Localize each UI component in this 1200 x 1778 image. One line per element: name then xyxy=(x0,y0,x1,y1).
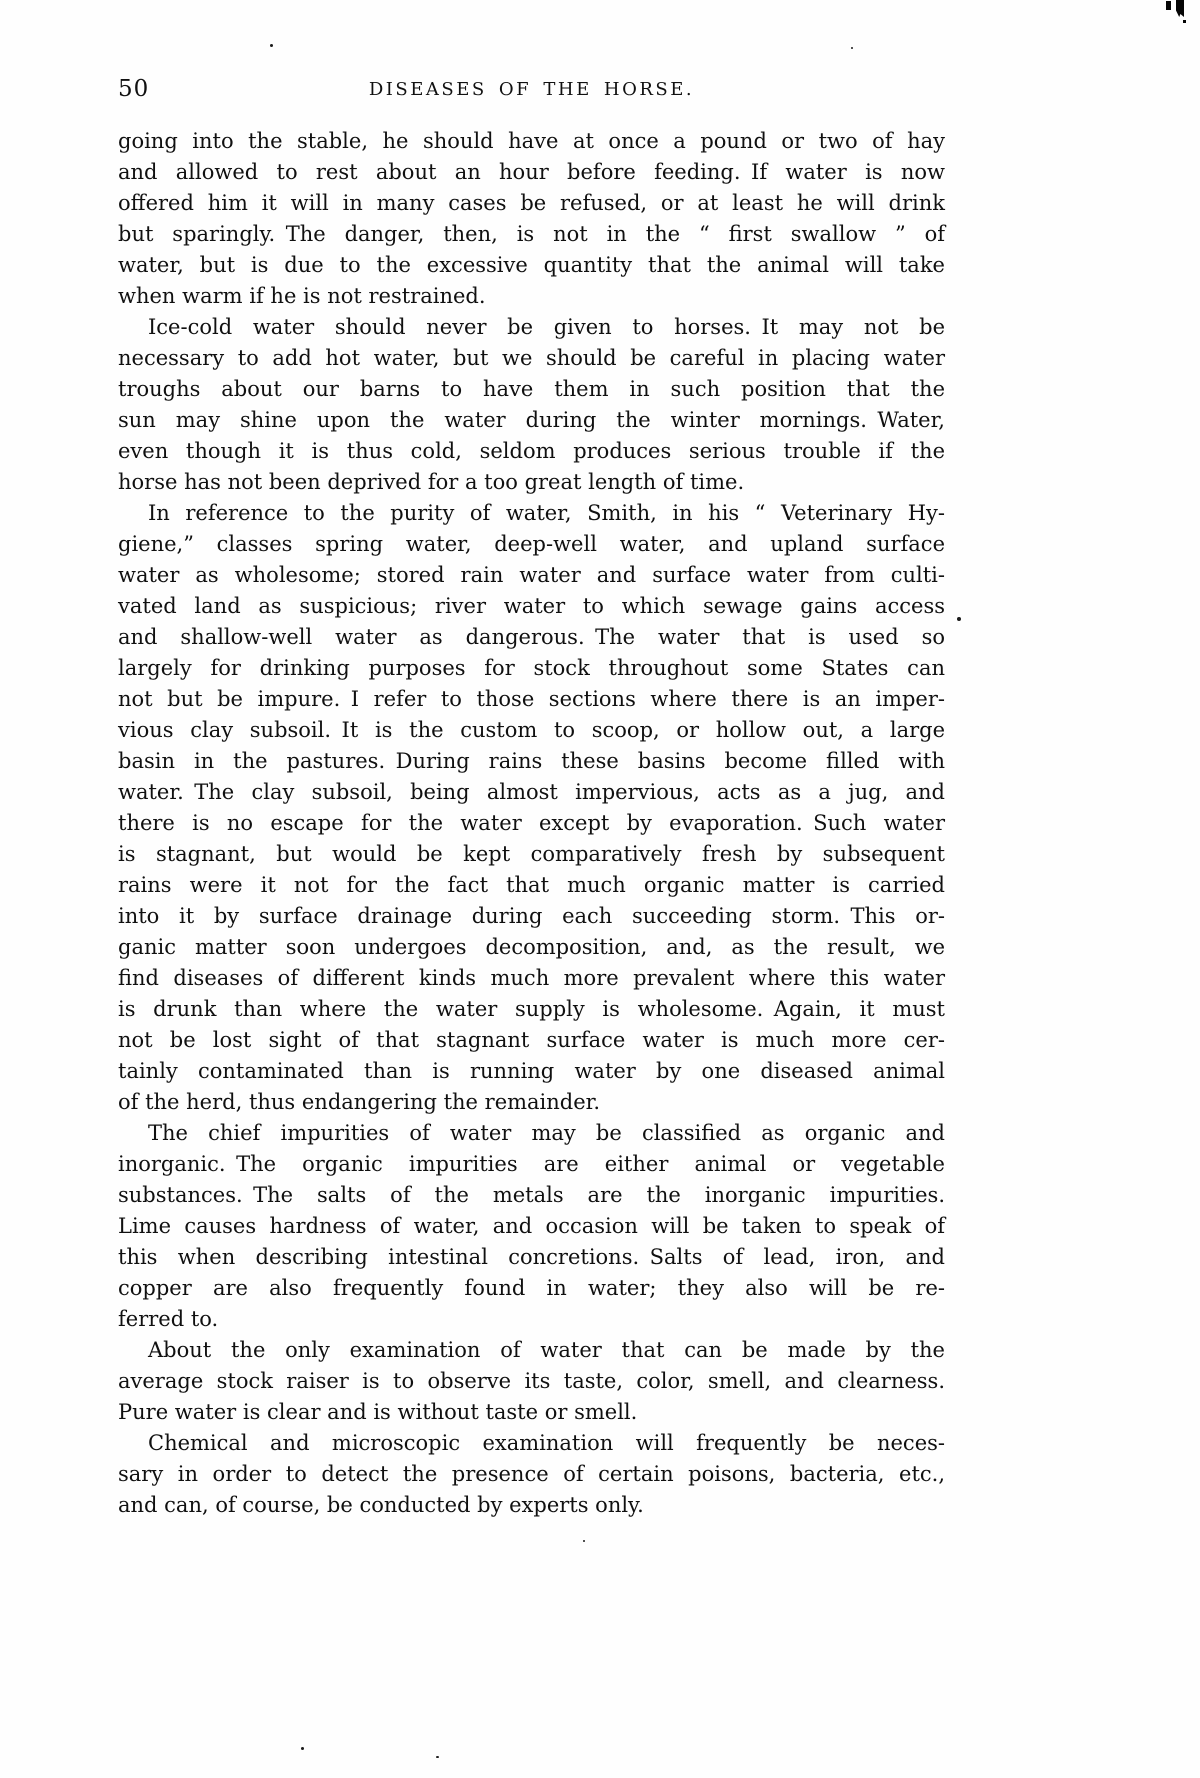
ink-speck xyxy=(436,1756,439,1758)
text-line: ferred to. xyxy=(118,1304,945,1335)
text-line: this when describing intestinal concreti… xyxy=(118,1242,945,1273)
text-line: necessary to add hot water, but we shoul… xyxy=(118,343,945,374)
text-line: average stock raiser is to observe its t… xyxy=(118,1366,945,1397)
text-line: is stagnant, but would be kept comparati… xyxy=(118,839,945,870)
text-line: tainly contaminated than is running wate… xyxy=(118,1056,945,1087)
text-line: there is no escape for the water except … xyxy=(118,808,945,839)
text-line: About the only examination of water that… xyxy=(118,1335,945,1366)
text-line: but sparingly. The danger, then, is not … xyxy=(118,219,945,250)
text-line: of the herd, thus endangering the remain… xyxy=(118,1087,945,1118)
paragraph: The chief impurities of water may be cla… xyxy=(118,1118,945,1335)
text-line: horse has not been deprived for a too gr… xyxy=(118,467,945,498)
text-line: is drunk than where the water supply is … xyxy=(118,994,945,1025)
text-line: largely for drinking purposes for stock … xyxy=(118,653,945,684)
text-line: not be lost sight of that stagnant surfa… xyxy=(118,1025,945,1056)
ink-speck xyxy=(270,44,273,47)
text-line: vated land as suspicious; river water to… xyxy=(118,591,945,622)
text-line: offered him it will in many cases be ref… xyxy=(118,188,945,219)
text-line: water, but is due to the excessive quant… xyxy=(118,250,945,281)
text-line: ganic matter soon undergoes decompositio… xyxy=(118,932,945,963)
text-line: substances. The salts of the metals are … xyxy=(118,1180,945,1211)
ink-speck xyxy=(851,47,853,49)
scan-artifact xyxy=(1183,20,1186,23)
ink-speck xyxy=(583,1540,585,1542)
text-line: Pure water is clear and is without taste… xyxy=(118,1397,945,1428)
text-line: Chemical and microscopic examination wil… xyxy=(118,1428,945,1459)
paragraph: Chemical and microscopic examination wil… xyxy=(118,1428,945,1521)
text-line: going into the stable, he should have at… xyxy=(118,126,945,157)
text-line: vious clay subsoil. It is the custom to … xyxy=(118,715,945,746)
text-line: basin in the pastures. During rains thes… xyxy=(118,746,945,777)
page-body: going into the stable, he should have at… xyxy=(118,126,945,1521)
text-line: into it by surface drainage during each … xyxy=(118,901,945,932)
book-page: 50 DISEASES OF THE HORSE. going into the… xyxy=(0,0,1200,1778)
text-line: when warm if he is not restrained. xyxy=(118,281,945,312)
text-line: not but be impure. I refer to those sect… xyxy=(118,684,945,715)
page-header: 50 DISEASES OF THE HORSE. xyxy=(118,76,945,108)
paragraph: Ice-cold water should never be given to … xyxy=(118,312,945,498)
text-line: and allowed to rest about an hour before… xyxy=(118,157,945,188)
paragraph: In reference to the purity of water, Smi… xyxy=(118,498,945,1118)
text-line: In reference to the purity of water, Smi… xyxy=(118,498,945,529)
text-line: water as wholesome; stored rain water an… xyxy=(118,560,945,591)
ink-speck xyxy=(957,617,961,621)
paragraph: About the only examination of water that… xyxy=(118,1335,945,1428)
text-line: and shallow-well water as dangerous. The… xyxy=(118,622,945,653)
text-line: water. The clay subsoil, being almost im… xyxy=(118,777,945,808)
text-line: sary in order to detect the presence of … xyxy=(118,1459,945,1490)
text-line: Lime causes hardness of water, and occas… xyxy=(118,1211,945,1242)
text-line: troughs about our barns to have them in … xyxy=(118,374,945,405)
text-line: Ice-cold water should never be given to … xyxy=(118,312,945,343)
text-line: rains were it not for the fact that much… xyxy=(118,870,945,901)
text-line: The chief impurities of water may be cla… xyxy=(118,1118,945,1149)
scan-artifact xyxy=(1166,1,1171,10)
text-line: find diseases of different kinds much mo… xyxy=(118,963,945,994)
text-line: inorganic. The organic impurities are ei… xyxy=(118,1149,945,1180)
text-line: even though it is thus cold, seldom prod… xyxy=(118,436,945,467)
paragraph: going into the stable, he should have at… xyxy=(118,126,945,312)
scan-artifact xyxy=(1176,0,1184,17)
text-line: giene,” classes spring water, deep-well … xyxy=(118,529,945,560)
ink-speck xyxy=(301,1747,304,1750)
text-line: copper are also frequently found in wate… xyxy=(118,1273,945,1304)
running-title: DISEASES OF THE HORSE. xyxy=(118,79,945,100)
text-line: and can, of course, be conducted by expe… xyxy=(118,1490,945,1521)
text-line: sun may shine upon the water during the … xyxy=(118,405,945,436)
